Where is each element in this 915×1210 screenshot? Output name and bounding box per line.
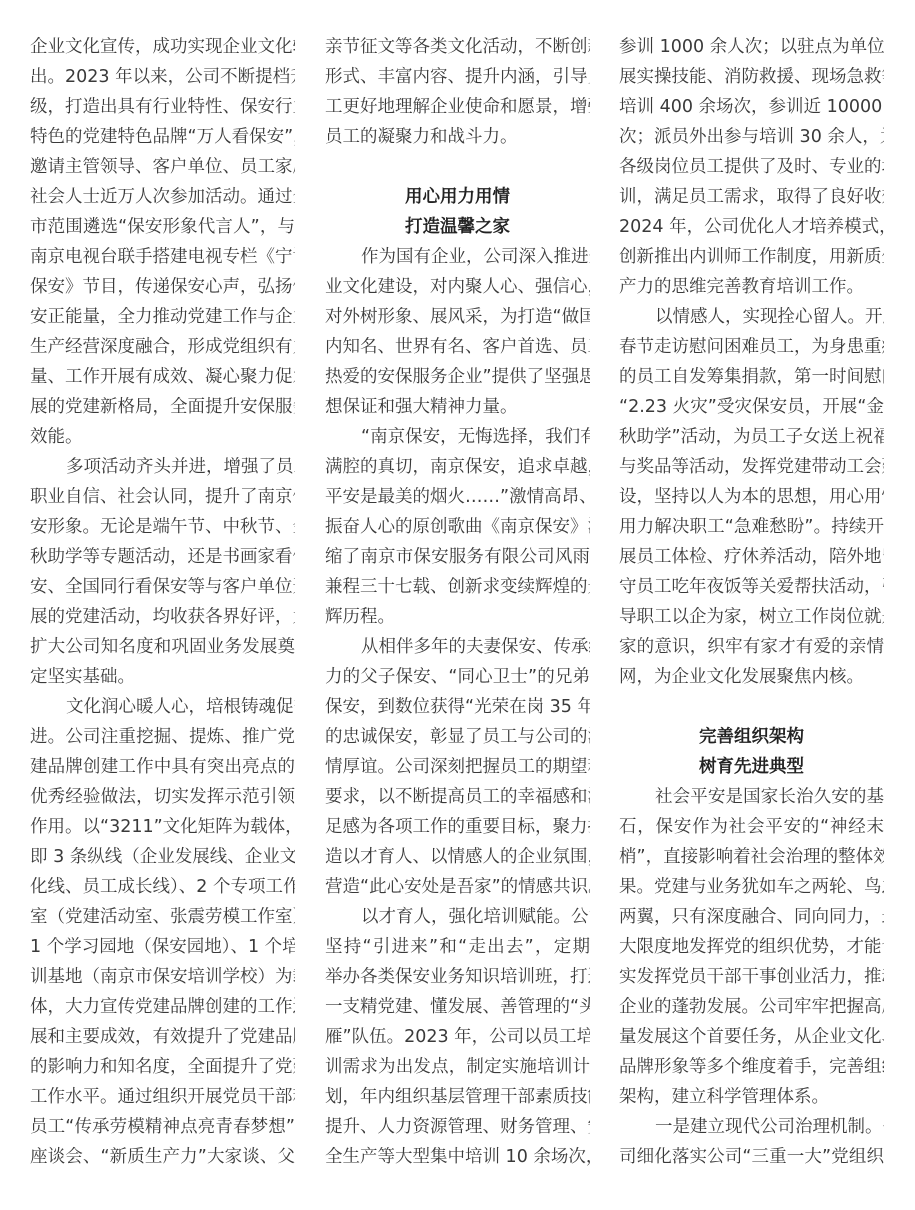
paragraph-line: 形式、丰富内容、提升内涵，引导员 (325, 62, 590, 92)
paragraph-line: 设，坚持以人为本的思想，用心用情 (619, 482, 884, 512)
paragraph-line: 即 3 条纵线（企业发展线、企业文 (30, 842, 295, 872)
paragraph-line: 缩了南京市保安服务有限公司风雨 (325, 542, 590, 572)
paragraph-line: 作为国有企业，公司深入推进企 (325, 242, 590, 272)
paragraph-line: 以情感人，实现拴心留人。开展 (619, 302, 884, 332)
paragraph-line: 体，大力宣传党建品牌创建的工作进 (30, 992, 295, 1022)
paragraph: 亲节征文等各类文化活动，不断创新形式、丰富内容、提升内涵，引导员工更好地理解企业… (325, 32, 590, 152)
paragraph-line: 品牌形象等多个维度着手，完善组织 (619, 1052, 884, 1082)
paragraph-line: 守员工吃年夜饭等关爱帮扶活动，引 (619, 572, 884, 602)
section-spacer (619, 692, 884, 722)
paragraph-line: 想保证和强大精神力量。 (325, 392, 590, 422)
paragraph: 一是建立现代公司治理机制。公司细化落实公司“三重一大”党组织 (619, 1112, 884, 1172)
paragraph-line: 全生产等大型集中培训 10 余场次， (325, 1142, 590, 1172)
paragraph-line: 效能。 (30, 422, 295, 452)
paragraph-line: 辉历程。 (325, 602, 590, 632)
paragraph: 企业文化宣传，成功实现企业文化输出。2023 年以来，公司不断提档升级，打造出具… (30, 32, 295, 452)
paragraph-line: 的忠诚保安，彰显了员工与公司的深 (325, 722, 590, 752)
section-heading: 完善组织架构 (619, 722, 884, 752)
paragraph: 文化润心暖人心，培根铸魂促奋进。公司注重挖掘、提炼、推广党建品牌创建工作中具有突… (30, 692, 295, 1172)
paragraph-line: 足感为各项工作的重要目标，聚力打 (325, 812, 590, 842)
paragraph-line: 定坚实基础。 (30, 662, 295, 692)
paragraph-line: 座谈会、“新质生产力”大家谈、父 (30, 1142, 295, 1172)
paragraph-line: 生产经营深度融合，形成党组织有力 (30, 332, 295, 362)
paragraph-line: 保安，到数位获得“光荣在岗 35 年” (325, 692, 590, 722)
paragraph-line: 的员工自发筹集捐款，第一时间慰问 (619, 362, 884, 392)
paragraph-line: 出。2023 年以来，公司不断提档升 (30, 62, 295, 92)
paragraph-line: 量发展这个首要任务，从企业文化、 (619, 1022, 884, 1052)
paragraph-line: 坚持“引进来”和“走出去”，定期 (325, 932, 590, 962)
paragraph-line: “2.23 火灾”受灾保安员，开展“金 (619, 392, 884, 422)
paragraph-line: 职业自信、社会认同，提升了南京保 (30, 482, 295, 512)
paragraph-line: 雁”队伍。2023 年，公司以员工培 (325, 1022, 590, 1052)
paragraph-line: 展的党建活动，均收获各界好评，为 (30, 602, 295, 632)
paragraph: 以情感人，实现拴心留人。开展春节走访慰问困难员工，为身患重病的员工自发筹集捐款，… (619, 302, 884, 692)
paragraph-line: 文化润心暖人心，培根铸魂促奋 (30, 692, 295, 722)
article-column-3: 参训 1000 余人次；以驻点为单位开展实操技能、消防救援、现场急救等培训 40… (619, 32, 884, 1172)
paragraph-line: 级，打造出具有行业特性、保安行业 (30, 92, 295, 122)
paragraph-line: 安形象。无论是端午节、中秋节、金 (30, 512, 295, 542)
paragraph: 从相伴多年的夫妻保安、传承续力的父子保安、“同心卫士”的兄弟保安，到数位获得“光… (325, 632, 590, 902)
paragraph-line: 展的党建新格局，全面提升安保服务 (30, 392, 295, 422)
paragraph-line: 参训 1000 余人次；以驻点为单位开 (619, 32, 884, 62)
paragraph-line: 安正能量，全力推动党建工作与企业 (30, 302, 295, 332)
paragraph-line: 2024 年，公司优化人才培养模式， (619, 212, 884, 242)
paragraph-line: 亲节征文等各类文化活动，不断创新 (325, 32, 590, 62)
paragraph-line: 室（党建活动室、张震劳模工作室）、 (30, 902, 295, 932)
paragraph-line: 1 个学习园地（保安园地）、1 个培 (30, 932, 295, 962)
paragraph-line: 梢”，直接影响着社会治理的整体效 (619, 842, 884, 872)
paragraph-line: 一是建立现代公司治理机制。公 (619, 1112, 884, 1142)
paragraph-line: 果。党建与业务犹如车之两轮、鸟之 (619, 872, 884, 902)
paragraph-line: 化线、员工成长线）、2 个专项工作 (30, 872, 295, 902)
article-column-2: 亲节征文等各类文化活动，不断创新形式、丰富内容、提升内涵，引导员工更好地理解企业… (325, 32, 590, 1172)
paragraph-line: 春节走访慰问困难员工，为身患重病 (619, 332, 884, 362)
paragraph-line: 从相伴多年的夫妻保安、传承续 (325, 632, 590, 662)
paragraph-line: 社会人士近万人次参加活动。通过全 (30, 182, 295, 212)
paragraph: “南京保安，无悔选择，我们有满腔的真切，南京保安，追求卓越，平安是最美的烟火……… (325, 422, 590, 632)
section-heading: 打造温馨之家 (325, 212, 590, 242)
paragraph-line: 以才育人，强化培训赋能。公司 (325, 902, 590, 932)
paragraph-line: 优秀经验做法，切实发挥示范引领 (30, 782, 295, 812)
paragraph-line: 司细化落实公司“三重一大”党组织 (619, 1142, 884, 1172)
paragraph-line: 的影响力和知名度，全面提升了党建 (30, 1052, 295, 1082)
paragraph-line: 社会平安是国家长治久安的基 (619, 782, 884, 812)
paragraph-line: 导职工以企为家，树立工作岗位就是 (619, 602, 884, 632)
paragraph-line: 建品牌创建工作中具有突出亮点的 (30, 752, 295, 782)
paragraph-line: 展和主要成效，有效提升了党建品牌 (30, 1022, 295, 1052)
paragraph-line: 满腔的真切，南京保安，追求卓越， (325, 452, 590, 482)
article-column-1: 企业文化宣传，成功实现企业文化输出。2023 年以来，公司不断提档升级，打造出具… (30, 32, 295, 1172)
section-heading: 用心用力用情 (325, 182, 590, 212)
paragraph-line: 与奖品等活动，发挥党建带动工会建 (619, 452, 884, 482)
paragraph-line: 力的父子保安、“同心卫士”的兄弟 (325, 662, 590, 692)
paragraph-line: 情厚谊。公司深刻把握员工的期望和 (325, 752, 590, 782)
paragraph: 作为国有企业，公司深入推进企业文化建设，对内聚人心、强信心，对外树形象、展风采，… (325, 242, 590, 422)
paragraph-line: 兼程三十七载、创新求变续辉煌的光 (325, 572, 590, 602)
paragraph-line: 对外树形象、展风采，为打造“做国 (325, 302, 590, 332)
paragraph-line: 业文化建设，对内聚人心、强信心， (325, 272, 590, 302)
paragraph-line: 工作水平。通过组织开展党员干部和 (30, 1082, 295, 1112)
paragraph-line: 多项活动齐头并进，增强了员工 (30, 452, 295, 482)
paragraph-line: 大限度地发挥党的组织优势，才能切 (619, 932, 884, 962)
paragraph-line: 营造“此心安处是吾家”的情感共识。 (325, 872, 590, 902)
paragraph-line: 内知名、世界有名、客户首选、员工 (325, 332, 590, 362)
paragraph-line: 架构，建立科学管理体系。 (619, 1082, 884, 1112)
paragraph-line: 员工“传承劳模精神点亮青春梦想” (30, 1112, 295, 1142)
paragraph-line: 家的意识，织牢有家才有爱的亲情 (619, 632, 884, 662)
paragraph-line: 平安是最美的烟火……”激情高昂、 (325, 482, 590, 512)
paragraph-line: 秋助学”活动，为员工子女送上祝福 (619, 422, 884, 452)
section-heading: 树育先进典型 (619, 752, 884, 782)
paragraph-line: 产力的思维完善教育培训工作。 (619, 272, 884, 302)
paragraph-line: 划，年内组织基层管理干部素质技能 (325, 1082, 590, 1112)
paragraph-line: 振奋人心的原创歌曲《南京保安》浓 (325, 512, 590, 542)
paragraph: 参训 1000 余人次；以驻点为单位开展实操技能、消防救援、现场急救等培训 40… (619, 32, 884, 302)
paragraph-line: 企业文化宣传，成功实现企业文化输 (30, 32, 295, 62)
paragraph-line: 造以才育人、以情感人的企业氛围， (325, 842, 590, 872)
paragraph-line: 作用。以“3211”文化矩阵为载体， (30, 812, 295, 842)
paragraph: 以才育人，强化培训赋能。公司坚持“引进来”和“走出去”，定期举办各类保安业务知识… (325, 902, 590, 1172)
paragraph-line: “南京保安，无悔选择，我们有 (325, 422, 590, 452)
paragraph-line: 员工的凝聚力和战斗力。 (325, 122, 590, 152)
section-spacer (325, 152, 590, 182)
paragraph-line: 次；派员外出参与培训 30 余人，为 (619, 122, 884, 152)
paragraph-line: 邀请主管领导、客户单位、员工家属、 (30, 152, 295, 182)
paragraph-line: 提升、人力资源管理、财务管理、安 (325, 1112, 590, 1142)
paragraph-line: 南京电视台联手搭建电视专栏《宁说 (30, 242, 295, 272)
paragraph-line: 展实操技能、消防救援、现场急救等 (619, 62, 884, 92)
paragraph-line: 工更好地理解企业使命和愿景，增强 (325, 92, 590, 122)
paragraph-line: 训，满足员工需求，取得了良好收效。 (619, 182, 884, 212)
paragraph-line: 石，保安作为社会平安的“神经末 (619, 812, 884, 842)
paragraph-line: 实发挥党员干部干事创业活力，推动 (619, 962, 884, 992)
paragraph-line: 创新推出内训师工作制度，用新质生 (619, 242, 884, 272)
paragraph-line: 市范围遴选“保安形象代言人”，与 (30, 212, 295, 242)
paragraph-line: 两翼，只有深度融合、同向同力，最 (619, 902, 884, 932)
paragraph: 多项活动齐头并进，增强了员工职业自信、社会认同，提升了南京保安形象。无论是端午节… (30, 452, 295, 692)
paragraph-line: 热爱的安保服务企业”提供了坚强思 (325, 362, 590, 392)
paragraph-line: 安、全国同行看保安等与客户单位开 (30, 572, 295, 602)
paragraph-line: 网，为企业文化发展聚焦内核。 (619, 662, 884, 692)
paragraph-line: 保安》节目，传递保安心声，弘扬保 (30, 272, 295, 302)
paragraph: 社会平安是国家长治久安的基石，保安作为社会平安的“神经末梢”，直接影响着社会治理… (619, 782, 884, 1112)
paragraph-line: 企业的蓬勃发展。公司牢牢把握高质 (619, 992, 884, 1022)
paragraph-line: 培训 400 余场次，参训近 10000 人 (619, 92, 884, 122)
paragraph-line: 要求，以不断提高员工的幸福感和满 (325, 782, 590, 812)
paragraph-line: 进。公司注重挖掘、提炼、推广党 (30, 722, 295, 752)
paragraph-line: 各级岗位员工提供了及时、专业的培 (619, 152, 884, 182)
paragraph-line: 训需求为出发点，制定实施培训计 (325, 1052, 590, 1082)
paragraph-line: 扩大公司知名度和巩固业务发展奠 (30, 632, 295, 662)
paragraph-line: 举办各类保安业务知识培训班，打造 (325, 962, 590, 992)
paragraph-line: 训基地（南京市保安培训学校）为载 (30, 962, 295, 992)
paragraph-line: 一支精党建、懂发展、善管理的“头 (325, 992, 590, 1022)
paragraph-line: 特色的党建特色品牌“万人看保安”， (30, 122, 295, 152)
paragraph-line: 展员工体检、疗休养活动，陪外地留 (619, 542, 884, 572)
paragraph-line: 秋助学等专题活动，还是书画家看保 (30, 542, 295, 572)
paragraph-line: 量、工作开展有成效、凝心聚力促发 (30, 362, 295, 392)
paragraph-line: 用力解决职工“急难愁盼”。持续开 (619, 512, 884, 542)
